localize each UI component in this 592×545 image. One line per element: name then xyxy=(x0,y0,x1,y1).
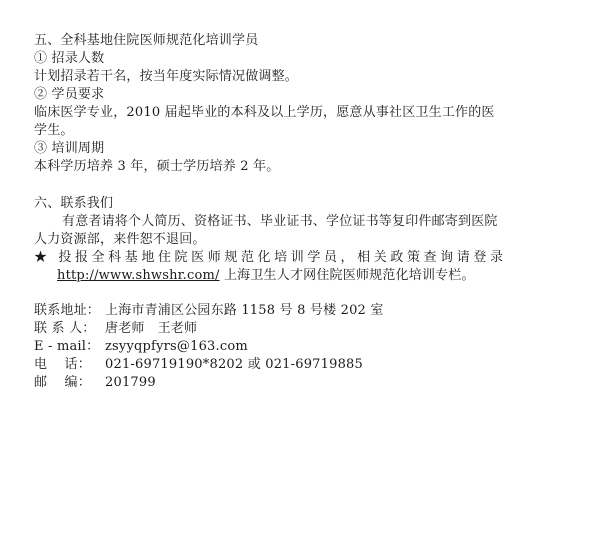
contact-label: 电 话： xyxy=(34,357,105,372)
notice-line1: ★ 投报全科基地住院医师规范化培训学员，相关政策查询请登录 xyxy=(34,250,507,265)
contact-label: 邮 编： xyxy=(34,375,105,390)
section-5-title: 五、全科基地住院医师规范化培训学员 xyxy=(34,33,258,48)
notice-line2-text: 上海卫生人才网住院医师规范化培训专栏。 xyxy=(220,268,475,283)
contact-label: 联系地址： xyxy=(34,303,105,318)
item-1-body: 计划招录若干名，按当年度实际情况做调整。 xyxy=(34,69,298,84)
item-3-heading: ③ 培训周期 xyxy=(34,141,104,156)
item-2-heading: ② 学员要求 xyxy=(34,87,104,102)
contact-value: 上海市青浦区公园东路 1158 号 8 号楼 202 室 xyxy=(105,303,384,318)
contact-paragraph-line2: 人力资源部，来件恕不退回。 xyxy=(34,232,206,247)
email-link[interactable]: zsyyqpfyrs@163.com xyxy=(105,339,248,354)
contact-paragraph-line1: 有意者请将个人简历、资格证书、毕业证书、学位证书等复印件邮寄到医院 xyxy=(62,214,498,229)
item-3-body: 本科学历培养 3 年，硕士学历培养 2 年。 xyxy=(34,159,279,174)
section-6-title: 六、联系我们 xyxy=(34,196,113,211)
contact-label: E - mail： xyxy=(34,339,105,354)
contact-address: 联系地址：上海市青浦区公园东路 1158 号 8 号楼 202 室 xyxy=(34,303,384,318)
item-2-body-line2: 学生。 xyxy=(34,123,74,138)
notice-line2: http://www.shwshr.com/ 上海卫生人才网住院医师规范化培训专… xyxy=(57,268,475,283)
star-icon: ★ xyxy=(34,250,51,265)
website-link[interactable]: http://www.shwshr.com/ xyxy=(57,268,220,283)
contact-postcode: 邮 编：201799 xyxy=(34,375,156,390)
contact-value: 201799 xyxy=(105,375,156,390)
notice-text: 投报全科基地住院医师规范化培训学员，相关政策查询请登录 xyxy=(58,250,506,265)
contact-label: 联 系 人： xyxy=(34,321,105,336)
item-1-heading: ① 招录人数 xyxy=(34,51,104,66)
contact-value: 唐老师 王老师 xyxy=(105,321,197,336)
contact-phone: 电 话：021-69719190*8202 或 021-69719885 xyxy=(34,357,363,372)
contact-email: E - mail：zsyyqpfyrs@163.com xyxy=(34,339,248,354)
item-2-body-line1: 临床医学专业，2010 届起毕业的本科及以上学历，愿意从事社区卫生工作的医 xyxy=(34,105,495,120)
contact-value: 021-69719190*8202 或 021-69719885 xyxy=(105,357,363,372)
contact-person: 联 系 人：唐老师 王老师 xyxy=(34,321,197,336)
